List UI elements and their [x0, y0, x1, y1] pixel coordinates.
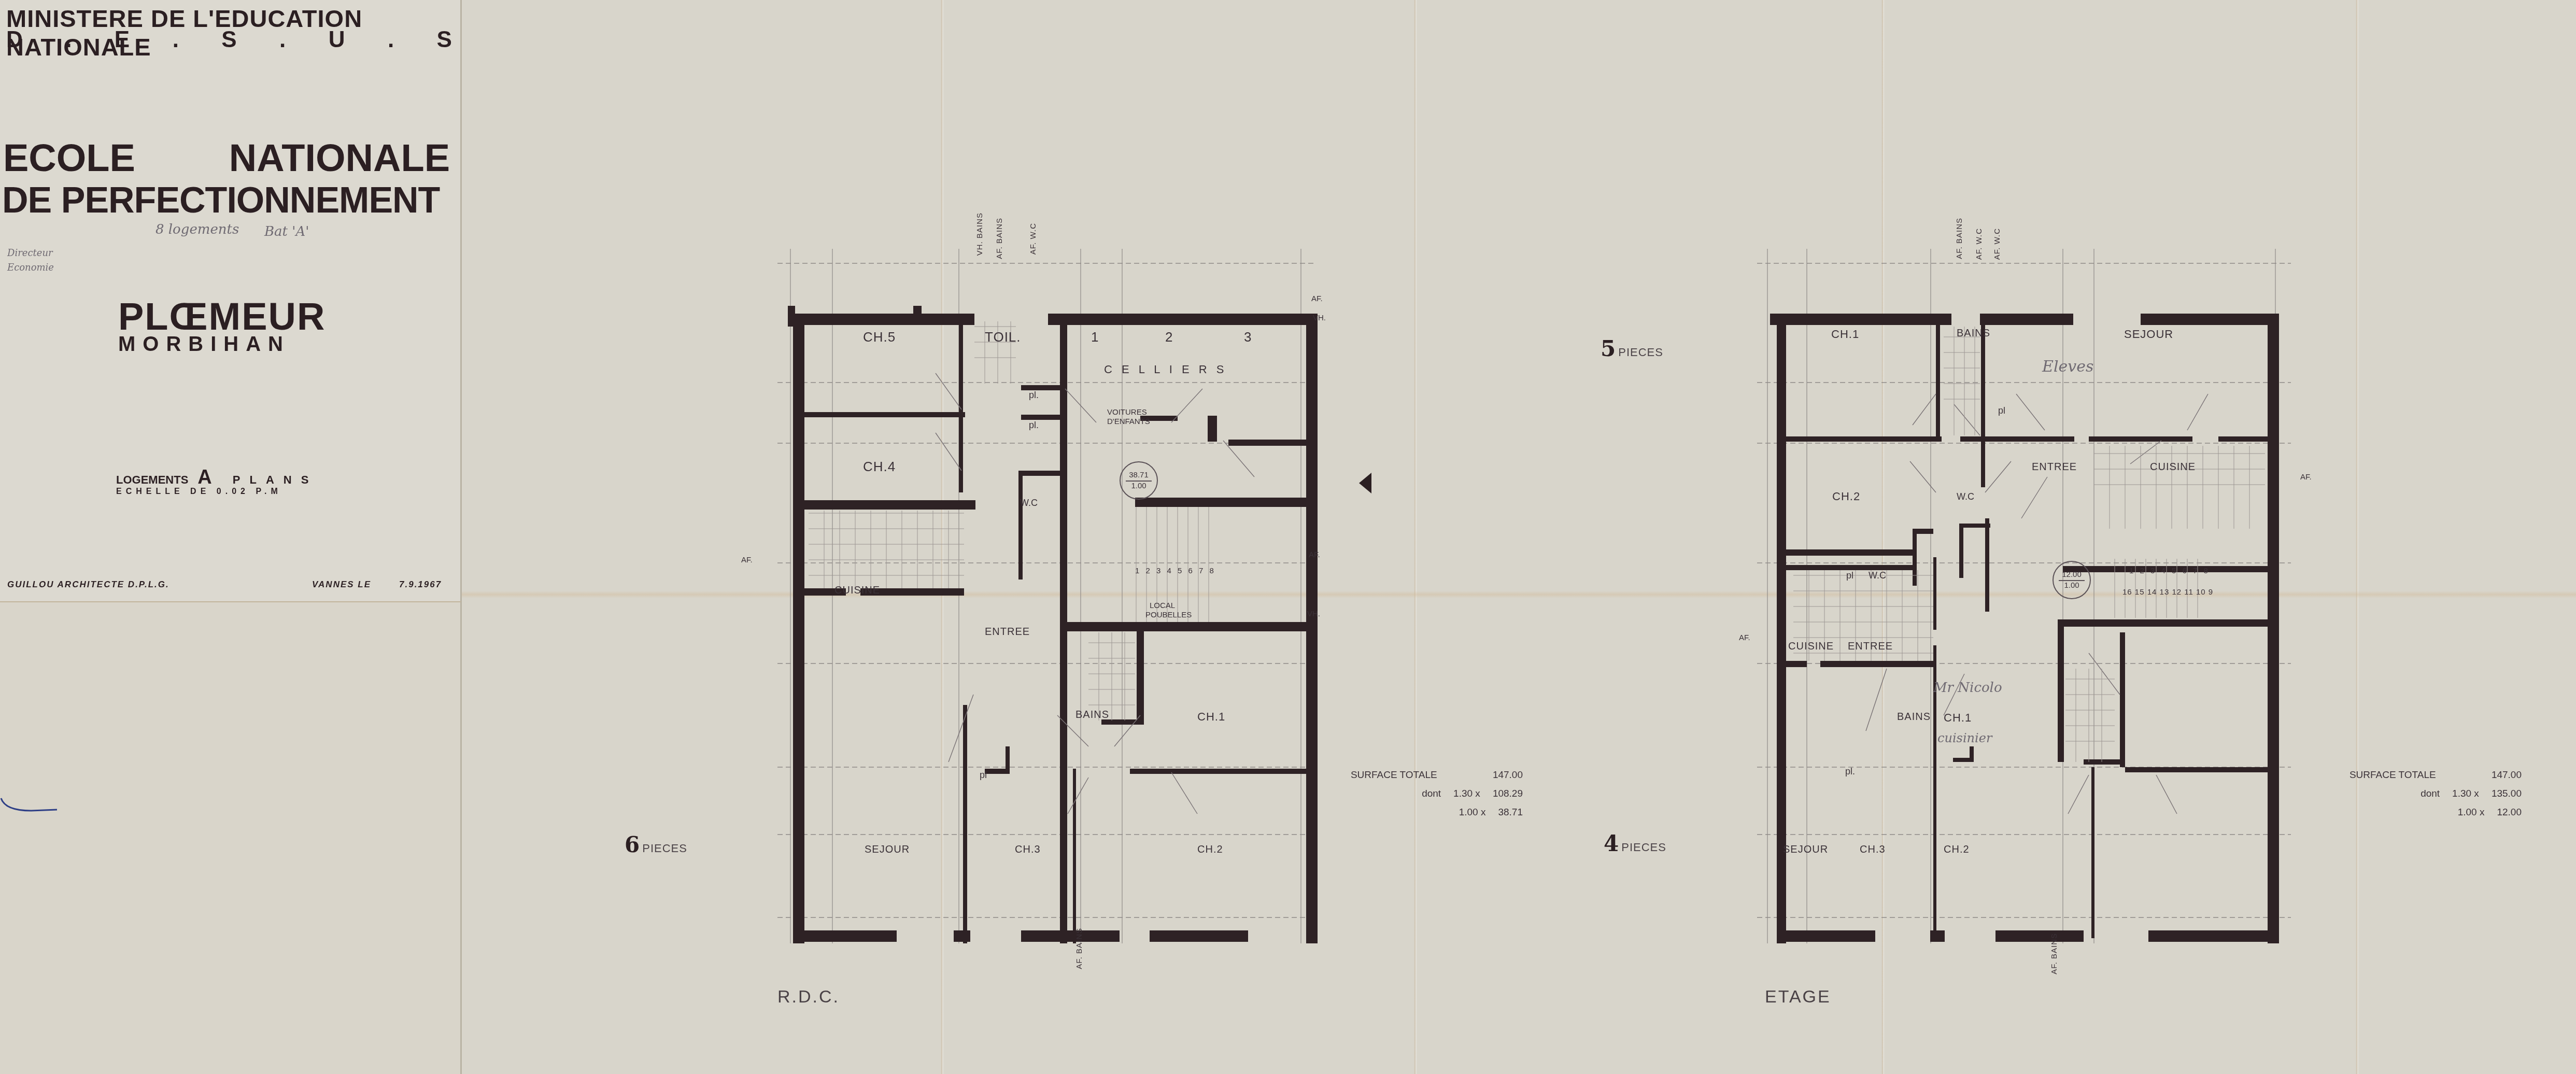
city-name: PLŒMEUR — [118, 294, 325, 338]
room-label: pl. — [1029, 390, 1039, 401]
pipe-annotation: VH. — [1307, 610, 1320, 618]
room-label: CUISINE — [2150, 461, 2196, 473]
room-label: BAINS — [1075, 709, 1109, 721]
logements-heading: LOGEMENTSAPLANS — [116, 467, 318, 489]
place-label: VANNES LE — [312, 580, 371, 590]
room-label: W.C — [1957, 491, 1974, 502]
room-label: CH.1 — [1831, 328, 1859, 341]
plan-title-etage: ETAGE — [1765, 987, 1831, 1007]
room-label: SEJOUR — [1783, 844, 1828, 856]
room-label: 3 — [1244, 329, 1252, 345]
plan-title-rdc: R.D.C. — [777, 987, 840, 1007]
pipe-annotation: AF. — [2300, 473, 2312, 482]
fold-line — [2356, 0, 2359, 1074]
pipe-annotation: AF. BAINS — [995, 218, 1004, 259]
fold-line — [1414, 0, 1417, 1074]
pipe-annotation: AF. W.C — [1993, 228, 2002, 260]
pipe-annotation: VH. — [1313, 314, 1326, 322]
pipe-annotation: VH. BAINS — [975, 213, 984, 256]
room-label: CH.2 — [1197, 844, 1223, 856]
date-label: 7.9.1967 — [399, 580, 442, 590]
room-label: W.C — [1020, 498, 1038, 508]
area-badge: 38.71 1.00 — [1120, 461, 1158, 500]
room-label: POUBELLES — [1145, 611, 1192, 619]
room-label: CH.3 — [1015, 844, 1041, 856]
handwritten-note: Bat 'A' — [264, 224, 309, 239]
pieces-count-6: 6PIECES — [625, 832, 687, 857]
room-label: ENTREE — [985, 626, 1030, 638]
pieces-count-4: 4PIECES — [1604, 831, 1666, 856]
pieces-count-5: 5PIECES — [1601, 336, 1663, 361]
room-label: CH.4 — [863, 459, 896, 475]
room-label: 2 — [1165, 329, 1173, 345]
architect-credit: GUILLOU ARCHITECTE D.P.L.G. — [7, 580, 169, 590]
room-label: SEJOUR — [2124, 328, 2173, 341]
school-name-line1: ECOLE NATIONALE — [3, 136, 450, 180]
north-arrow-icon — [1359, 473, 1371, 493]
department-acronym: D . E . S . U . S — [6, 27, 452, 53]
stair-numbers: 16 15 14 13 12 11 10 9 — [2122, 588, 2213, 597]
room-label: CH.5 — [863, 329, 896, 345]
pipe-annotation: AF. — [1309, 550, 1320, 559]
room-label: pl — [1998, 405, 2005, 416]
pipe-annotation: AF. — [1739, 633, 1750, 642]
pipe-annotation: AF. BAINS — [2050, 933, 2059, 974]
scale-label: ECHELLE DE 0.02 P.M — [116, 487, 282, 497]
room-label: pl. — [1845, 766, 1855, 777]
room-label: 1 — [1091, 329, 1099, 345]
room-label: SEJOUR — [865, 844, 910, 856]
stair-numbers: 1 2 3 4 5 6 7 8 — [1135, 567, 1216, 575]
room-label: CH.2 — [1832, 490, 1860, 503]
room-label: W.C — [1869, 570, 1886, 581]
room-label: pl — [980, 770, 987, 781]
surface-summary-rdc: SURFACE TOTALE147.00 dont1.30 x108.29 1.… — [1336, 766, 1523, 822]
room-label: CH.3 — [1860, 844, 1886, 856]
handwritten-note: Directeur — [7, 248, 53, 259]
pipe-annotation: AF. BAINS — [1955, 218, 1964, 259]
etage-floor-plan — [1757, 249, 2296, 943]
room-label: pl — [1846, 570, 1853, 581]
area-badge: 12.00 1.00 — [2053, 561, 2091, 599]
room-label: LOCAL — [1150, 601, 1175, 610]
room-label: BAINS — [1897, 711, 1931, 723]
room-label: ENTREE — [2032, 461, 2077, 473]
room-label: CH.1 — [1197, 710, 1225, 724]
school-name-line2: DE PERFECTIONNEMENT — [2, 179, 440, 221]
room-label: BAINS — [1957, 328, 1990, 340]
handwritten-note: Economie — [7, 262, 54, 273]
stair-numbers: 1 2 3 4 5 6 7 8 — [2129, 567, 2210, 575]
room-label: D'ENFANTS — [1107, 417, 1150, 426]
handwritten-note: 8 logements — [155, 222, 239, 237]
pipe-annotation: AF. BAINS — [1075, 928, 1084, 969]
pipe-annotation: AF. — [1311, 294, 1323, 303]
room-label: CUISINE — [1788, 641, 1834, 653]
handwritten-note: cuisinier — [1937, 731, 1992, 745]
room-label: CH.2 — [1944, 844, 1970, 856]
pipe-annotation: AF. — [741, 556, 753, 564]
pen-mark — [0, 795, 62, 816]
cover-back-panel — [0, 601, 462, 1074]
room-label: pl. — [1029, 420, 1039, 431]
room-label: TOIL. — [985, 329, 1021, 345]
surface-summary-etage: SURFACE TOTALE147.00 dont1.30 x135.00 1.… — [2319, 766, 2522, 822]
room-label: ENTREE — [1848, 641, 1893, 653]
region-name: MORBIHAN — [118, 333, 290, 356]
room-label: VOITURES — [1107, 408, 1147, 417]
handwritten-note: Eleves — [2042, 358, 2093, 376]
room-label: CUISINE — [834, 585, 880, 597]
room-label: CH.1 — [1944, 711, 1972, 725]
pipe-annotation: AF. W.C — [1975, 228, 1984, 260]
title-block: MINISTERE DE L'EDUCATION NATIONALE D . E… — [0, 0, 462, 601]
pipe-annotation: AF. W.C — [1029, 223, 1038, 255]
handwritten-note: Mr Nicolo — [1933, 680, 2002, 696]
room-label: C E L L I E R S — [1104, 363, 1227, 376]
